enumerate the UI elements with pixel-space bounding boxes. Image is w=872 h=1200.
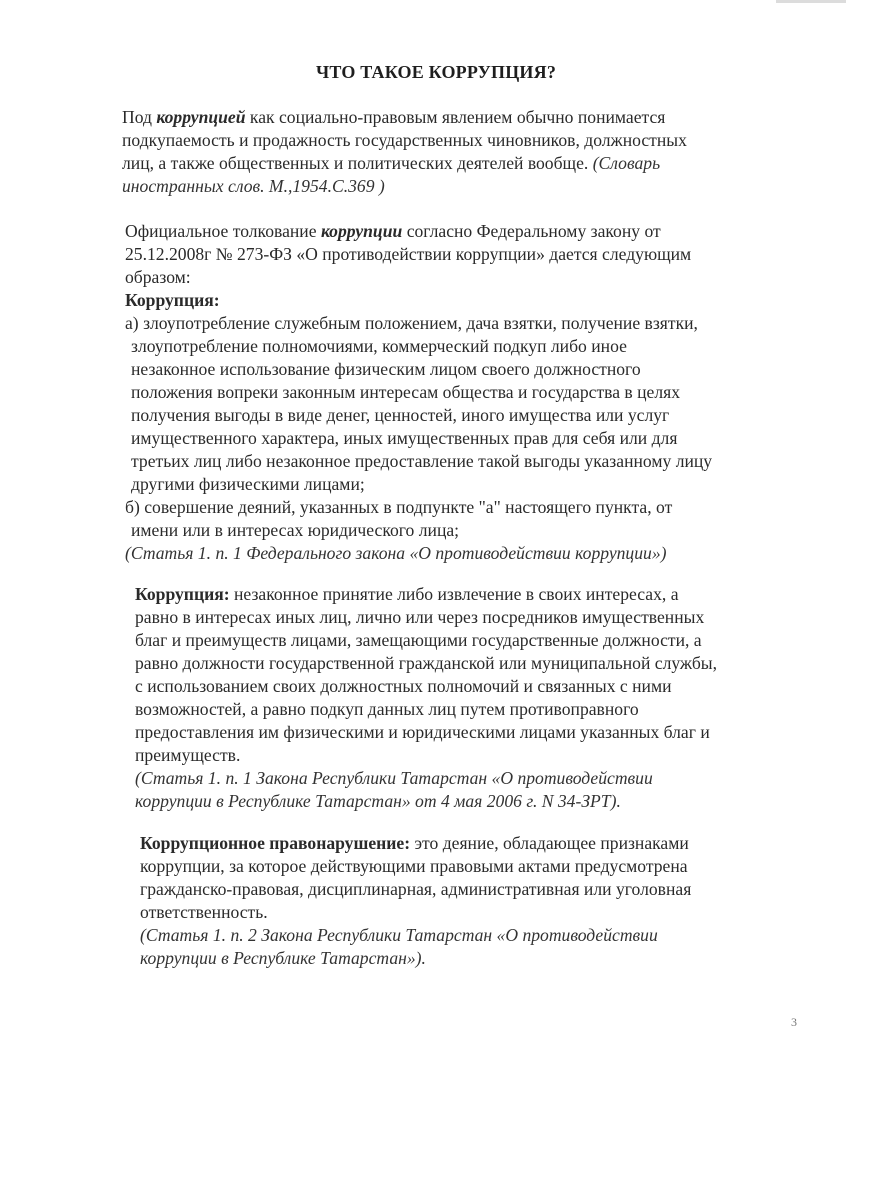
clause-a: а) злоупотребление служебным положением,… bbox=[125, 312, 712, 335]
term-corruption: коррупции bbox=[321, 221, 402, 241]
section-heading: Коррупция: bbox=[135, 584, 230, 604]
citation: иностранных слов. М.,1954.С.369 ) bbox=[122, 175, 687, 198]
citation: коррупции в Республике Татарстан» от 4 м… bbox=[135, 790, 717, 813]
tatarstan-law-paragraph: Коррупция: незаконное принятие либо извл… bbox=[135, 583, 717, 813]
intro-paragraph: Под коррупцией как социально-правовым яв… bbox=[122, 106, 687, 198]
citation: (Статья 1. п. 2 Закона Республики Татарс… bbox=[140, 924, 691, 947]
federal-law-paragraph: Официальное толкование коррупции согласн… bbox=[125, 220, 712, 565]
section-heading: Коррупция: bbox=[125, 289, 712, 312]
section-heading: Коррупционное правонарушение: bbox=[140, 833, 410, 853]
term-corruption: коррупцией bbox=[156, 107, 245, 127]
offense-paragraph: Коррупционное правонарушение: это деяние… bbox=[140, 832, 691, 970]
citation: (Словарь bbox=[593, 153, 660, 173]
clause-b: б) совершение деяний, указанных в подпун… bbox=[125, 496, 712, 519]
page-title: ЧТО ТАКОЕ КОРРУПЦИЯ? bbox=[0, 62, 872, 83]
citation: (Статья 1. п. 1 Федерального закона «О п… bbox=[125, 542, 712, 565]
citation: (Статья 1. п. 1 Закона Республики Татарс… bbox=[135, 767, 717, 790]
citation: коррупции в Республике Татарстан»). bbox=[140, 947, 691, 970]
scan-artifact bbox=[776, 0, 846, 3]
page-number: 3 bbox=[791, 1015, 797, 1030]
